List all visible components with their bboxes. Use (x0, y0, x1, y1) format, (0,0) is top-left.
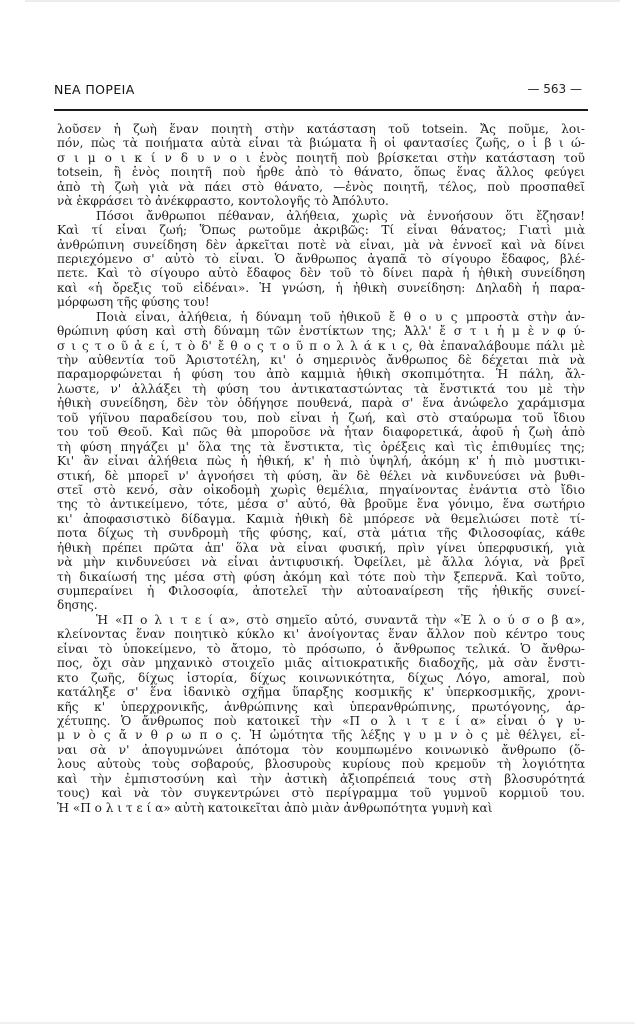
text-line: συμπεραίνει ἡ Φιλοσοφία, ἀποτελεῖ τὴν αὐ… (57, 584, 585, 598)
text-line: περιεχόμενο σ' αὐτὸ τὸ εἶναι. Ὁ ἄνθρωπος… (57, 252, 585, 266)
text-line: Ποιὰ εἶναι, ἀλήθεια, ἡ δύναμη τοῦ ἠθικοῦ… (57, 310, 585, 324)
text-line: μόρφωση τῆς φύσης του! (57, 295, 585, 309)
text-line: κτο ζωῆς, δίχως ἱστορία, δίχως κοινωνικό… (57, 671, 585, 685)
text-line: λωστε, ν' ἀλλάξει τὴ φύση του ἀντικαταστ… (57, 382, 585, 396)
text-line: καὶ τὴν ἐμπιστοσύνη καὶ τὴν ἀστικὴ ἀξιοπ… (57, 772, 585, 786)
text-line: ναι σὰ ν' ἀπογυμνώνει ἀπότομα τὸν κουμπω… (57, 743, 585, 757)
text-line: Ἡ «Π ο λ ι τ ε ί α», στὸ σημεῖο αὐτό, συ… (57, 613, 585, 627)
text-line: σ ι ς τ ο ῦ ἀ ε ί, τ ὸ δ' ἔ θ ο ς τ ο ῦ … (57, 339, 585, 353)
text-line: πετε. Καὶ τὸ σίγουρο αὐτὸ ἔδαφος δὲν τοῦ… (57, 266, 585, 280)
text-line: στική, δὲ μπορεῖ ν' ἀγνοήσει τὴ φύση, ἂν… (57, 469, 585, 483)
text-line: δησης. (57, 598, 585, 612)
text-line: τὴν αὐθεντία τοῦ Ἀριστοτέλη, κι' ὁ σημερ… (57, 353, 585, 367)
text-line: θρώπινη φύση καὶ στὴ δύναμη τῶν ἐνστίκτω… (57, 324, 585, 338)
paragraph: Ποιὰ εἶναι, ἀλήθεια, ἡ δύναμη τοῦ ἠθικοῦ… (57, 310, 585, 613)
text-line: totsein, ἢ ἑνὸς ποιητῆ ποὺ ἦρθε ἀπὸ τὸ θ… (57, 165, 585, 179)
text-line: παραμορφώνεται ἡ φύση του ἀπὸ καμμιὰ ἠθι… (57, 367, 585, 381)
text-line: σ ι μ ο ι κ ί ν δ υ ν ο ι ἑνὸς ποιητῆ πο… (57, 151, 585, 165)
page-scan-edge (25, 0, 620, 2)
text-line: ἀπὸ τὴ ζωὴ γιὰ νὰ πάει στὸ θάνατο, —ἑνὸς… (57, 180, 585, 194)
paragraph: Πόσοι ἄνθρωποι πέθαναν, ἀλήθεια, χωρὶς ν… (57, 209, 585, 310)
text-line: πόν, πὼς τὰ ποιήματα αὐτὰ εἶναι τὰ βιώμα… (57, 136, 585, 150)
journal-title: ΝΕΑ ΠΟΡΕΙΑ (54, 82, 135, 97)
text-line: ποτα δίχως τὴ συνδρομὴ τῆς φύσης, καί, σ… (57, 526, 585, 540)
paragraph: Ἡ «Π ο λ ι τ ε ί α», στὸ σημεῖο αὐτό, συ… (57, 613, 585, 815)
text-line: τὴ φύση πηγάζει μ' ὅλα της τὰ ἔνστικτα, … (57, 440, 585, 454)
text-line: Πόσοι ἄνθρωποι πέθαναν, ἀλήθεια, χωρὶς ν… (57, 209, 585, 223)
text-line: στεῖ στὸ κενό, σὰν οἰκοδομὴ χωρὶς θεμέλι… (57, 483, 585, 497)
text-line: ἠθικὴ πρέπει πρῶτα ἀπ' ὅλα νὰ εἶναι φυσι… (57, 541, 585, 555)
text-line: κῆς κ' ὑπερχρονικῆς, ἀνθρώπινης καὶ ὑπερ… (57, 700, 585, 714)
text-line: ἀνθρώπινη συνείδηση δὲν ἀρκεῖται ποτὲ νὰ… (57, 238, 585, 252)
text-line: της τὸ ἀντικείμενο, τότε, μέσα σ' αὐτό, … (57, 497, 585, 511)
text-line: λοῦσεν ἡ ζωὴ ἕναν ποιητὴ στὴν κατάσταση … (57, 122, 585, 136)
text-line: ἠθικὴ συνείδηση, δὲν τὸν ὁδήγησε πουθενά… (57, 396, 585, 410)
text-line: κλείνοντας ἕναν ποιητικὸ κύκλο κι' ἀνοίγ… (57, 627, 585, 641)
page-number: — 563 — (527, 82, 582, 96)
text-line: μ ν ὸ ς ἄ ν θ ρ ω π ο ς. Ἡ ὠμότητα τῆς λ… (57, 728, 585, 742)
text-line: πος, ὄχι σὰν μηχανικὸ στοιχεῖο μιᾶς αἰτι… (57, 656, 585, 670)
paragraph: λοῦσεν ἡ ζωὴ ἕναν ποιητὴ στὴν κατάσταση … (57, 122, 585, 209)
header-rule (54, 109, 588, 111)
text-line: τὴ δικαίωσή της μέσα στὴ φύση ἀκόμη καὶ … (57, 570, 585, 584)
text-line: χέτυπης. Ὁ ἄνθρωπος ποὺ κατοικεῖ τὴν «Π … (57, 714, 585, 728)
text-line: τους) καὶ νὰ τὸν συγκεντρώνει στὸ περίγρ… (57, 786, 585, 800)
text-line: Ἡ «Π ο λ ι τ ε ί α» αὐτὴ κατοικεῖται ἀπὸ… (57, 801, 585, 815)
running-header: ΝΕΑ ΠΟΡΕΙΑ — 563 — (54, 80, 588, 102)
text-line: καὶ «ἡ ὄρεξις τοῦ εἰδέναι». Ἡ γνώση, ἡ ἠ… (57, 281, 585, 295)
text-line: λους αὐτοὺς τοὺς σοβαρούς, βλοσυροὺς κυρ… (57, 757, 585, 771)
text-line: του τοῦ Θεοῦ. Καὶ πῶς θὰ μποροῦσε νὰ ἦτα… (57, 425, 585, 439)
text-line: εἶναι τὸ ὑποκείμενο, τὸ ἄτομο, τὸ πρόσωπ… (57, 642, 585, 656)
text-line: Κι' ἂν εἶναι ἀλήθεια πὼς ἡ ἠθική, κ' ἡ π… (57, 454, 585, 468)
article-body: λοῦσεν ἡ ζωὴ ἕναν ποιητὴ στὴν κατάσταση … (57, 122, 585, 815)
text-line: νὰ ἐκφράσει τὸ ἀνέκφραστο, κοντολογῆς τὸ… (57, 194, 585, 208)
text-line: κι' ἀποφασιστικὸ δίδαγμα. Καμιὰ ἠθικὴ δὲ… (57, 512, 585, 526)
text-line: κατάληξε σ' ἕνα ἰδανικὸ σχῆμα ὕπαρξης κο… (57, 685, 585, 699)
text-line: Καὶ τί εἶναι ζωή; Ὅπως ρωτοῦμε ἀκριβῶς: … (57, 223, 585, 237)
text-line: νὰ μὴν κινδυνεύσει νὰ εἶναι ἀντιφυσική. … (57, 555, 585, 569)
text-line: τοῦ γήϊνου παραδείσου του, ποὺ εἶναι ἡ ζ… (57, 411, 585, 425)
